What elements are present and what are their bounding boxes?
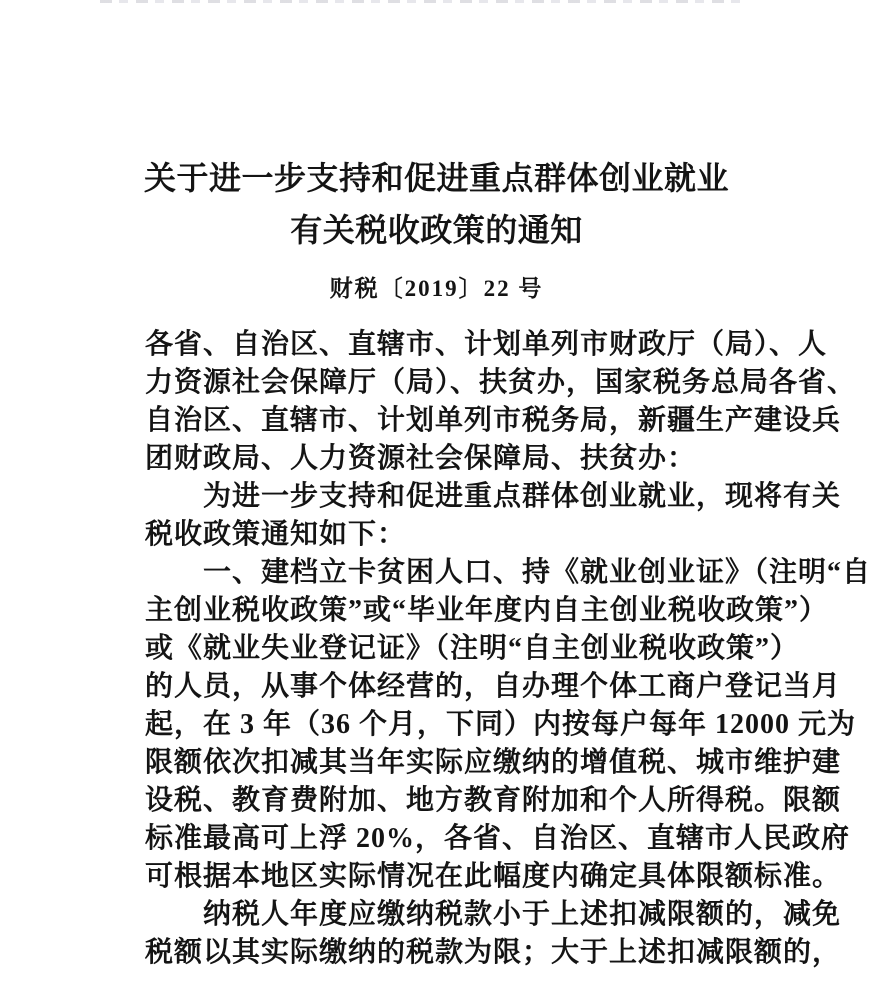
document-body: 各省、自治区、直辖市、计划单列市财政厅（局）、人力资源社会保障厅（局）、扶贫办，… [145,326,745,972]
body-line: 自治区、直辖市、计划单列市税务局，新疆生产建设兵 [145,402,745,440]
body-line: 一、建档立卡贫困人口、持《就业创业证》（注明“自 [145,554,745,592]
body-line: 限额依次扣减其当年实际应缴纳的增值税、城市维护建 [145,744,745,782]
body-line: 或《就业失业登记证》（注明“自主创业税收政策”） [145,630,745,668]
body-line: 起，在 3 年（36 个月，下同）内按每户每年 12000 元为 [145,706,745,744]
scan-artifact-top [100,0,748,3]
body-line: 各省、自治区、直辖市、计划单列市财政厅（局）、人 [145,326,745,364]
document-number: 财税〔2019〕22 号 [0,270,873,303]
document-title: 关于进一步支持和促进重点群体创业就业 有关税收政策的通知 [0,152,873,256]
body-line: 为进一步支持和促进重点群体创业就业，现将有关 [145,478,745,516]
body-line: 可根据本地区实际情况在此幅度内确定具体限额标准。 [145,858,745,896]
body-line: 团财政局、人力资源社会保障局、扶贫办： [145,440,745,478]
body-line: 设税、教育费附加、地方教育附加和个人所得税。限额 [145,782,745,820]
document-page: 关于进一步支持和促进重点群体创业就业 有关税收政策的通知 财税〔2019〕22 … [0,0,873,982]
body-line: 纳税人年度应缴纳税款小于上述扣减限额的，减免 [145,896,745,934]
title-line-1: 关于进一步支持和促进重点群体创业就业 [0,152,873,204]
body-line: 主创业税收政策”或“毕业年度内自主创业税收政策”） [145,592,745,630]
body-line: 税额以其实际缴纳的税款为限；大于上述扣减限额的， [145,934,745,972]
title-line-2: 有关税收政策的通知 [0,204,873,256]
body-line: 标准最高可上浮 20%，各省、自治区、直辖市人民政府 [145,820,745,858]
body-line: 税收政策通知如下： [145,516,745,554]
body-line: 力资源社会保障厅（局）、扶贫办，国家税务总局各省、 [145,364,745,402]
body-line: 的人员，从事个体经营的，自办理个体工商户登记当月 [145,668,745,706]
